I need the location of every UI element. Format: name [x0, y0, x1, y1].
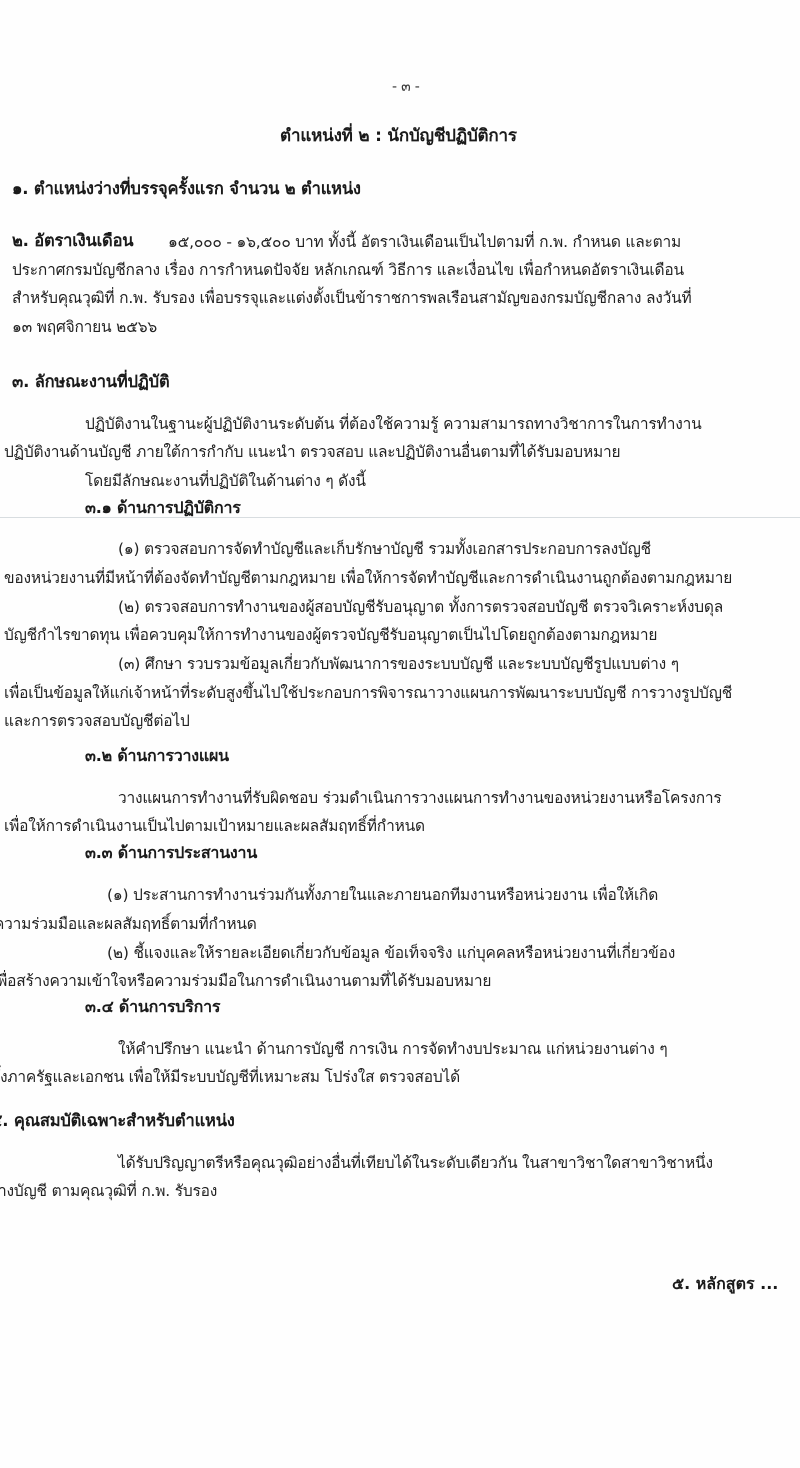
planning-line-1: วางแผนการทำงานที่รับผิดชอบ ร่วมดำเนินการ…: [118, 787, 722, 809]
planning-line-2: เพื่อให้การดำเนินงานเป็นไปตามเป้าหมายและ…: [4, 815, 425, 837]
salary-line-3: สำหรับคุณวุฒิที่ ก.พ. รับรอง เพื่อบรรจุแ…: [12, 287, 692, 309]
subsection-3-2-heading: ๓.๒ ด้านการวางแผน: [85, 745, 229, 767]
coordination-line-4: เพื่อสร้างความเข้าใจหรือความร่วมมือในการ…: [0, 970, 491, 992]
job-intro-line-3: โดยมีลักษณะงานที่ปฏิบัติในด้านต่าง ๆ ดัง…: [85, 470, 366, 492]
page-title: ตำแหน่งที่ ๒ : นักบัญชีปฏิบัติการ: [280, 125, 517, 147]
service-line-1: ให้คำปรึกษา แนะนำ ด้านการบัญชี การเงิน ก…: [118, 1038, 668, 1060]
job-intro-line-2: ปฏิบัติงานด้านบัญชี ภายใต้การกำกับ แนะนำ…: [4, 441, 620, 463]
ops-line-5: (๓) ศึกษา รวบรวมข้อมูลเกี่ยวกับพัฒนาการข…: [118, 653, 679, 675]
ops-line-1: (๑) ตรวจสอบการจัดทำบัญชีและเก็บรักษาบัญช…: [118, 538, 651, 560]
qualification-line-1: ได้รับปริญญาตรีหรือคุณวุฒิอย่างอื่นที่เท…: [118, 1152, 713, 1174]
ops-line-6: เพื่อเป็นข้อมูลให้แก่เจ้าหน้าที่ระดับสูง…: [4, 682, 732, 704]
coordination-line-2: ความร่วมมือและผลสัมฤทธิ์ตามที่กำหนด: [0, 913, 257, 935]
qualification-line-2: ทางบัญชี ตามคุณวุฒิที่ ก.พ. รับรอง: [0, 1180, 217, 1202]
continuation-marker: ๕. หลักสูตร ...: [672, 1272, 778, 1297]
salary-line-2: ประกาศกรมบัญชีกลาง เรื่อง การกำหนดปัจจัย…: [12, 259, 684, 281]
scan-line-divider: [0, 517, 800, 518]
subsection-3-3-heading: ๓.๓ ด้านการประสานงาน: [85, 842, 257, 864]
salary-line-4: ๑๓ พฤศจิกายน ๒๕๖๖: [12, 316, 157, 338]
ops-line-2: ของหน่วยงานที่มีหน้าที่ต้องจัดทำบัญชีตาม…: [4, 567, 732, 589]
section-1-heading: ๑. ตำแหน่งว่างที่บรรจุครั้งแรก จำนวน ๒ ต…: [12, 178, 361, 200]
document-page: - ๓ - ตำแหน่งที่ ๒ : นักบัญชีปฏิบัติการ …: [0, 0, 800, 1468]
salary-line-1: ๑๕,๐๐๐ - ๑๖,๕๐๐ บาท ทั้งนี้ อัตราเงินเดื…: [168, 231, 681, 253]
ops-line-4: บัญชีกำไรขาดทุน เพื่อควบคุมให้การทำงานขอ…: [4, 624, 657, 646]
subsection-3-1-heading: ๓.๑ ด้านการปฏิบัติการ: [85, 497, 241, 519]
coordination-line-3: (๒) ชี้แจงและให้รายละเอียดเกี่ยวกับข้อมู…: [107, 942, 675, 964]
coordination-line-1: (๑) ประสานการทำงานร่วมกันทั้งภายในและภาย…: [107, 884, 658, 906]
section-3-heading: ๓. ลักษณะงานที่ปฏิบัติ: [12, 371, 169, 393]
subsection-3-4-heading: ๓.๔ ด้านการบริการ: [85, 996, 220, 1018]
section-2-heading: ๒. อัตราเงินเดือน: [12, 230, 133, 252]
service-line-2: ทั้งภาครัฐและเอกชน เพื่อให้มีระบบบัญชีที…: [0, 1066, 460, 1088]
job-intro-line-1: ปฏิบัติงานในฐานะผู้ปฏิบัติงานระดับต้น ที…: [85, 413, 701, 435]
ops-line-7: และการตรวจสอบบัญชีต่อไป: [4, 710, 190, 732]
section-4-heading: ๔. คุณสมบัติเฉพาะสำหรับตำแหน่ง: [0, 1110, 235, 1132]
page-number: - ๓ -: [392, 76, 420, 98]
ops-line-3: (๒) ตรวจสอบการทำงานของผู้สอบบัญชีรับอนุญ…: [118, 596, 723, 618]
